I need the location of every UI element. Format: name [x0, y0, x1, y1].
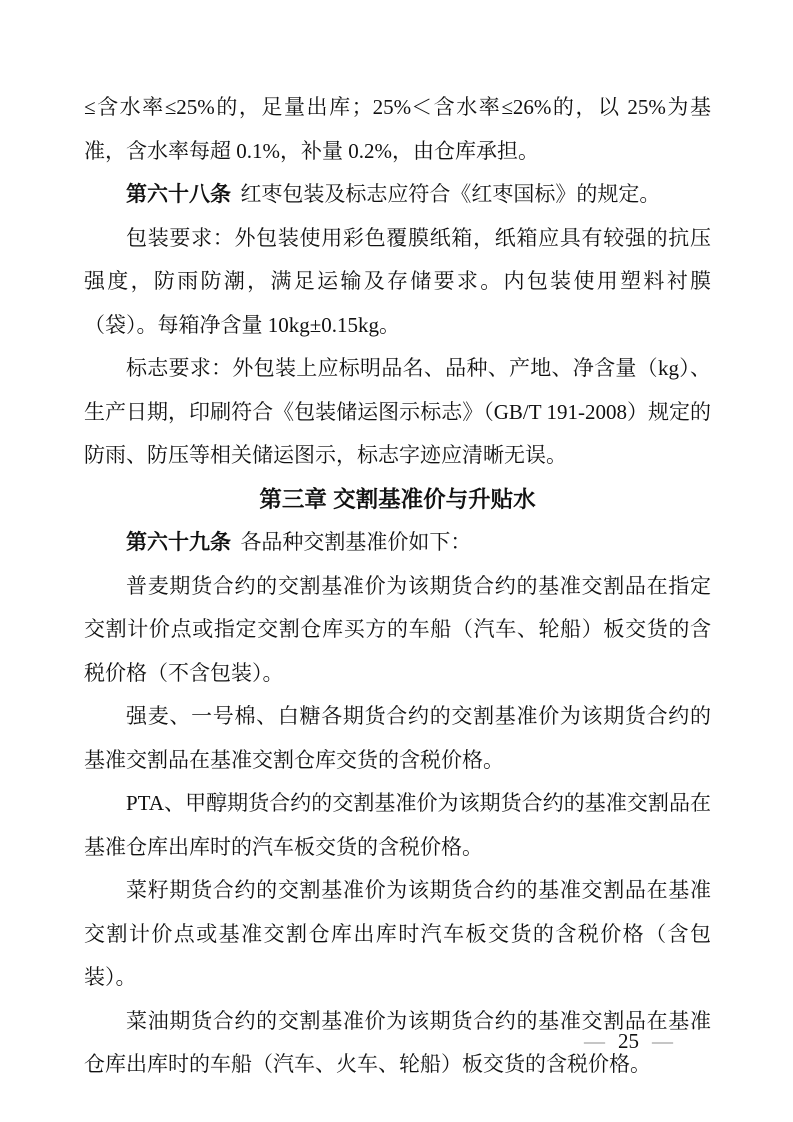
- article-number-label: 第六十八条: [126, 183, 231, 206]
- paragraph-article-69: 第六十九条各品种交割基准价如下：: [84, 521, 711, 565]
- paragraph-text: 标志要求：外包装上应标明品名、品种、产地、净含量（kg）、生产日期，印刷符合《包…: [84, 356, 711, 467]
- paragraph-text: 各品种交割基准价如下：: [240, 530, 471, 554]
- paragraph-text: 强麦、一号棉、白糖各期货合约的交割基准价为该期货合约的基准交割品在基准交割仓库交…: [84, 704, 711, 772]
- paragraph-text: ≤含水率≤25%的，足量出库；25%＜含水率≤26%的，以 25%为基准，含水率…: [84, 95, 711, 163]
- paragraph-packaging-requirements: 包装要求：外包装使用彩色覆膜纸箱，纸箱应具有较强的抗压强度，防雨防潮，满足运输及…: [84, 217, 711, 348]
- paragraph-text: PTA、甲醇期货合约的交割基准价为该期货合约的基准交割品在基准仓库出库时的汽车板…: [84, 791, 711, 859]
- article-number-label: 第六十九条: [126, 531, 231, 554]
- paragraph-article-68: 第六十八条红枣包装及标志应符合《红枣国标》的规定。: [84, 173, 711, 217]
- paragraph-text: 普麦期货合约的交割基准价为该期货合约的基准交割品在指定交割计价点或指定交割仓库买…: [84, 574, 711, 685]
- paragraph-rapeseed: 菜籽期货合约的交割基准价为该期货合约的基准交割品在基准交割计价点或基准交割仓库出…: [84, 869, 711, 1000]
- page-number-value: 25: [618, 1027, 639, 1055]
- paragraph-text: 菜籽期货合约的交割基准价为该期货合约的基准交割品在基准交割计价点或基准交割仓库出…: [84, 878, 711, 989]
- paragraph-moisture-rule: ≤含水率≤25%的，足量出库；25%＜含水率≤26%的，以 25%为基准，含水率…: [84, 86, 711, 173]
- chapter-heading: 第三章 交割基准价与升贴水: [84, 478, 711, 522]
- page-number-right-dash: —: [652, 1027, 673, 1055]
- paragraph-common-wheat: 普麦期货合约的交割基准价为该期货合约的基准交割品在指定交割计价点或指定交割仓库买…: [84, 565, 711, 696]
- paragraph-text: 包装要求：外包装使用彩色覆膜纸箱，纸箱应具有较强的抗压强度，防雨防潮，满足运输及…: [84, 226, 711, 337]
- paragraph-strong-wheat-cotton-sugar: 强麦、一号棉、白糖各期货合约的交割基准价为该期货合约的基准交割品在基准交割仓库交…: [84, 695, 711, 782]
- document-page: ≤含水率≤25%的，足量出库；25%＜含水率≤26%的，以 25%为基准，含水率…: [0, 0, 793, 1122]
- page-content: ≤含水率≤25%的，足量出库；25%＜含水率≤26%的，以 25%为基准，含水率…: [84, 86, 711, 1087]
- paragraph-pta-methanol: PTA、甲醇期货合约的交割基准价为该期货合约的基准交割品在基准仓库出库时的汽车板…: [84, 782, 711, 869]
- paragraph-text: 红枣包装及标志应符合《红枣国标》的规定。: [240, 182, 660, 206]
- page-number-left-dash: —: [584, 1027, 605, 1055]
- page-number: — 25 —: [584, 1027, 673, 1055]
- paragraph-marking-requirements: 标志要求：外包装上应标明品名、品种、产地、净含量（kg）、生产日期，印刷符合《包…: [84, 347, 711, 478]
